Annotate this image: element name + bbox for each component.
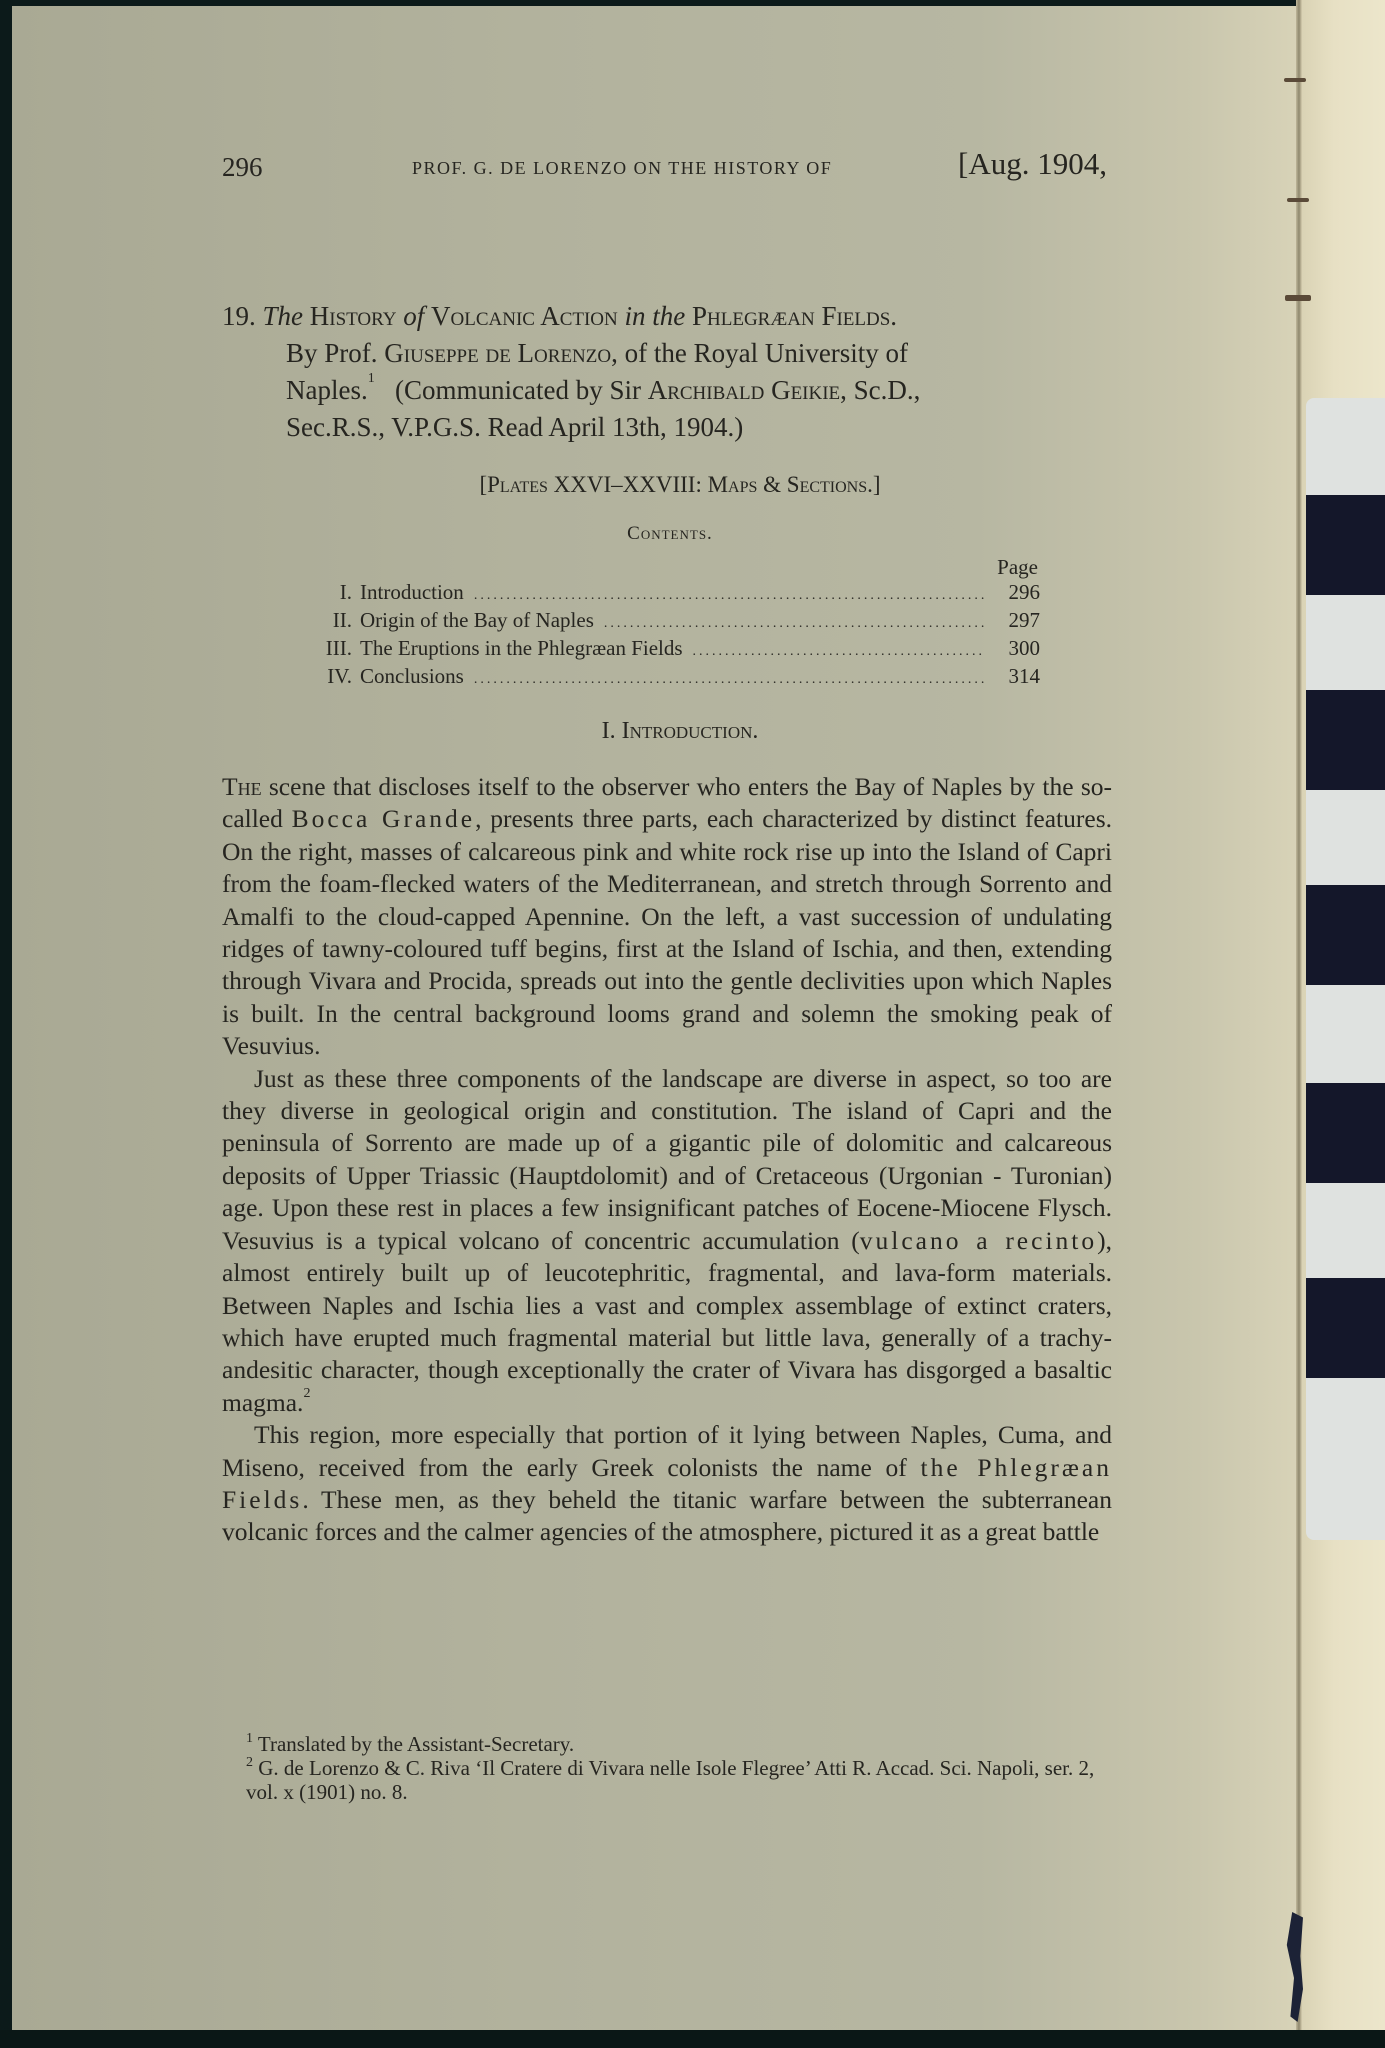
body-text: The scene that discloses itself to the o… [222,771,1112,1549]
scale-band [1306,1278,1385,1378]
toc-entry: IV. Conclusions ........................… [300,664,1040,692]
communication-note: Naples.1 (Communicated by Sir Archibald … [222,372,1122,409]
toc-entry: II. Origin of the Bay of Naples ........… [300,608,1040,636]
running-head: 296 PROF. G. DE LORENZO ON THE HISTORY O… [222,148,1162,188]
footnote-ref: 1 [368,371,375,386]
page-number: 296 [222,152,263,183]
article-title: 19. The History of Volcanic Action in th… [222,298,1122,335]
footnote: 2 G. de Lorenzo & C. Riva ‘Il Cratere di… [222,1756,1112,1804]
leader-dots: ........................................… [693,639,984,664]
contents-heading: Contents. [0,523,1300,545]
color-scale-bar [1306,398,1385,1540]
communicator-name: Archibald Geikie [648,375,840,405]
article-number: 19. [222,301,256,331]
footnote: 1 Translated by the Assistant-Secretary. [222,1732,1112,1756]
section-heading: I. Introduction. [0,718,1300,745]
scale-band [1306,495,1385,595]
leader-dots: ........................................… [474,667,984,692]
article-title-block: 19. The History of Volcanic Action in th… [222,298,1122,446]
issue-date: [Aug. 1904, [958,146,1107,182]
paragraph: Just as these three components of the la… [222,1063,1112,1419]
binding-stitch [1285,295,1311,301]
plates-note: [Plates XXVI–XXVIII: Maps & Sections.] [0,472,1300,498]
paragraph: The scene that discloses itself to the o… [222,771,1112,1063]
scale-band [1306,1083,1385,1183]
table-of-contents: Page I. Introduction ...................… [300,555,1040,692]
leader-dots: ........................................… [604,611,984,636]
author-name: Giuseppe de Lorenzo [384,338,611,368]
scan-border [0,2030,1385,2048]
footnote-ref: 2 [303,1386,310,1401]
toc-page-label: Page [300,555,1040,580]
byline: By Prof. Giuseppe de Lorenzo, of the Roy… [222,335,1122,372]
running-title: PROF. G. DE LORENZO ON THE HISTORY OF [412,158,832,179]
binding-gutter [1296,0,1302,2048]
toc-entry: III. The Eruptions in the Phlegræan Fiel… [300,636,1040,664]
binding-stitch [1287,198,1309,202]
paragraph: This region, more especially that portio… [222,1419,1112,1549]
leader-dots: ........................................… [474,583,984,608]
footnotes: 1 Translated by the Assistant-Secretary.… [222,1732,1112,1804]
scale-band [1306,885,1385,985]
scale-band [1306,690,1385,790]
toc-entry: I. Introduction ........................… [300,580,1040,608]
binding-stitch [1284,78,1306,82]
read-date: Sec.R.S., V.P.G.S. Read April 13th, 1904… [222,409,1122,446]
